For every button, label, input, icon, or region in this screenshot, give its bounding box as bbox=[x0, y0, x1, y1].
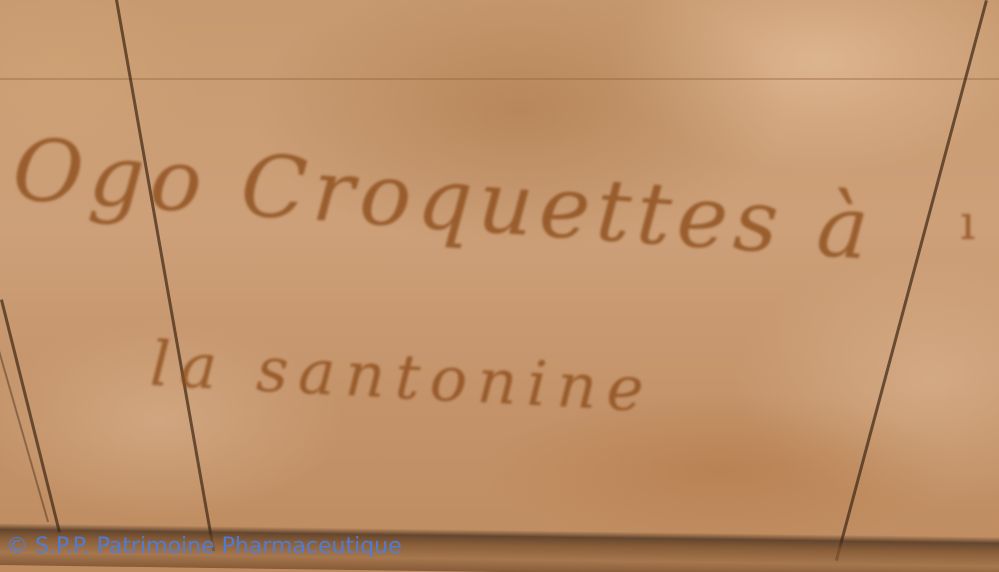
horizontal-fold bbox=[0, 78, 999, 80]
label-photo: Ogo Croquettes à la santonine ı © S.P.P.… bbox=[0, 0, 999, 572]
crease-far-left-2 bbox=[0, 329, 49, 522]
copyright-watermark: © S.P.P. Patrimoine Pharmaceutique bbox=[6, 534, 402, 559]
label-line-1: Ogo Croquettes à bbox=[10, 120, 878, 280]
crease-right bbox=[835, 0, 988, 561]
label-line-2: la santonine bbox=[148, 327, 655, 426]
crease-left bbox=[115, 0, 215, 551]
crease-far-left bbox=[0, 299, 61, 533]
stray-ink-mark: ı bbox=[960, 195, 975, 251]
